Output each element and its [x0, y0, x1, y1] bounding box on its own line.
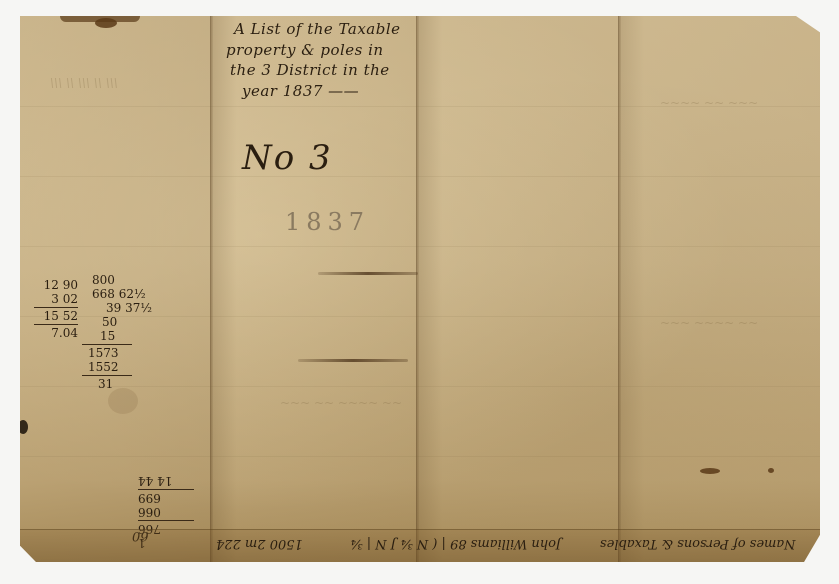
- docket-title-line: A List of the Taxable: [234, 20, 401, 38]
- docket-title-line: the 3 District in the: [230, 61, 390, 79]
- panel-3: [418, 16, 620, 562]
- docket-title-line: year 1837 ——: [242, 82, 359, 100]
- manuscript-sheet: \\\ \\ \\\ \\ \\\ ~~~ ~~ ~~~~ ~~ ~~~~ ~~…: [20, 16, 820, 562]
- calc-column-b: 800 668 62½ 39 37½ 50 15 1573 1552 31: [82, 273, 162, 391]
- stain-line: [298, 359, 408, 362]
- docket-number: No 3: [242, 138, 333, 178]
- stain-line: [318, 272, 418, 275]
- docket-title-line: property & poles in: [226, 41, 384, 59]
- fold-line: [618, 16, 621, 562]
- bleed-through: \\\ \\ \\\ \\ \\\: [50, 76, 118, 90]
- fold-line: [210, 16, 213, 562]
- bleed-through: ~~~ ~~~~ ~~: [660, 316, 758, 330]
- bleed-through: ~~~ ~~ ~~~~ ~~: [280, 396, 402, 410]
- ink-stain: [768, 468, 774, 473]
- calc-column-a: 12 90 3 02 15 52 7.04: [34, 278, 78, 340]
- inverted-header-left: 1500 2m 224: [216, 536, 303, 551]
- water-stain: [108, 388, 138, 414]
- inverted-header-mid: John Williams 89 | ( N ¾ J N | ¾: [350, 536, 561, 551]
- binding-hole: [18, 420, 28, 434]
- inverted-header-right: Names of Persons & Taxables: [600, 536, 796, 551]
- bottom-header-strip: 1500 2m 224 John Williams 89 | ( N ¾ J N…: [20, 529, 820, 562]
- fold-line: [416, 16, 419, 562]
- ink-stain: [95, 18, 117, 28]
- bleed-through: ~~~~ ~~ ~~~: [660, 96, 758, 110]
- ink-stain: [700, 468, 720, 474]
- pencil-year: 1837: [285, 208, 370, 236]
